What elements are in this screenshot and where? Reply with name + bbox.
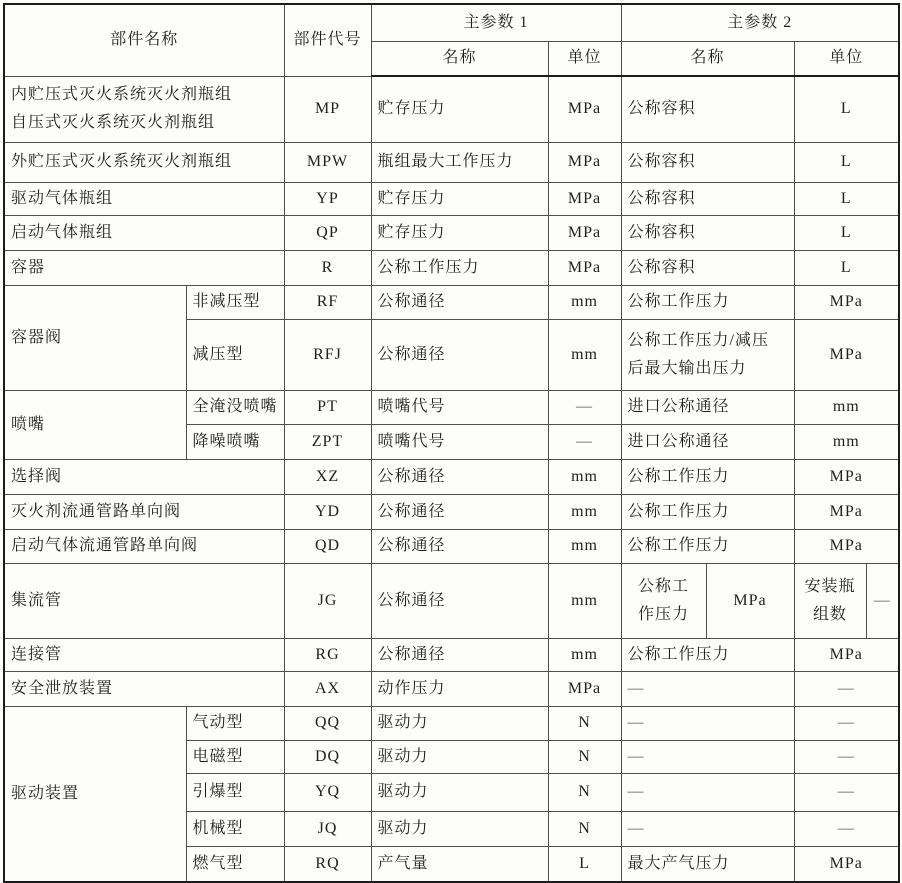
param1-name-cell: 驱动力	[371, 740, 548, 773]
param2-unit-cell: MPa	[794, 494, 899, 529]
param1-unit-cell: N	[548, 773, 621, 811]
param1-name-cell: 喷嘴代号	[371, 424, 548, 459]
table-row-xz: 选择阀 XZ 公称通径 mm 公称工作压力 MPa	[4, 459, 899, 494]
table-row-ax: 安全泄放装置 AX 动作压力 MPa — —	[4, 671, 899, 706]
document-page: 部件名称 部件代号 主参数 1 主参数 2 名称 单位 名称 单位 内贮压式灭火…	[0, 0, 902, 883]
part-subname-cell: 降噪喷嘴	[186, 424, 284, 459]
table-row-pt: 喷嘴 全淹没喷嘴 PT 喷嘴代号 — 进口公称通径 mm	[4, 390, 899, 424]
param2-unit-cell: MPa	[794, 459, 899, 494]
param1-unit-cell: N	[548, 811, 621, 846]
part-code-cell: YQ	[284, 773, 371, 811]
param1-unit-cell: —	[548, 424, 621, 459]
part-name-cell: 外贮压式灭火系统灭火剂瓶组	[4, 142, 284, 182]
param1-unit-cell: mm	[548, 459, 621, 494]
param2-name-cell: 公称容积	[621, 215, 794, 250]
part-name-cell: 启动气体流通管路单向阀	[4, 529, 284, 563]
table-row-r: 容器 R 公称工作压力 MPa 公称容积 L	[4, 250, 899, 285]
param2-unit-cell: L	[794, 182, 899, 215]
part-code-cell: RQ	[284, 846, 371, 882]
param1-unit-cell: —	[548, 390, 621, 424]
part-name-cell: 启动气体瓶组	[4, 215, 284, 250]
param2-name-cell: 公称容积	[621, 142, 794, 182]
table-row-mp: 内贮压式灭火系统灭火剂瓶组 自压式灭火系统灭火剂瓶组 MP 贮存压力 MPa 公…	[4, 76, 899, 142]
param2-name-cell: 公称工作压力/减压 后最大输出压力	[621, 319, 794, 390]
param1-unit-cell: MPa	[548, 250, 621, 285]
param1-name-cell: 驱动力	[371, 773, 548, 811]
part-code-cell: JQ	[284, 811, 371, 846]
param2-unit-cell: —	[794, 811, 899, 846]
param1-name-cell: 贮存压力	[371, 215, 548, 250]
part-code-cell: XZ	[284, 459, 371, 494]
param1-unit-cell: mm	[548, 529, 621, 563]
part-subname-cell: 减压型	[186, 319, 284, 390]
param1-unit-cell: L	[548, 846, 621, 882]
param1-unit-cell: mm	[548, 285, 621, 319]
param1-name-cell: 公称通径	[371, 319, 548, 390]
header-part-code: 部件代号	[284, 4, 371, 76]
param2-name-cell: 进口公称通径	[621, 390, 794, 424]
part-subname-cell: 气动型	[186, 706, 284, 740]
group-label-cell: 驱动装置	[4, 706, 186, 882]
param2-name-cell: 公称容积	[621, 182, 794, 215]
param2-name-cell: 公称容积	[621, 76, 794, 142]
param2-name-cell: —	[621, 811, 794, 846]
part-code-cell: YP	[284, 182, 371, 215]
table-row-mpw: 外贮压式灭火系统灭火剂瓶组 MPW 瓶组最大工作压力 MPa 公称容积 L	[4, 142, 899, 182]
param1-name-cell: 贮存压力	[371, 182, 548, 215]
table-row-yd: 灭火剂流通管路单向阀 YD 公称通径 mm 公称工作压力 MPa	[4, 494, 899, 529]
param1-unit-cell: mm	[548, 494, 621, 529]
param2-name-cell: —	[621, 740, 794, 773]
part-code-cell: JG	[284, 563, 371, 638]
part-code-cell: QD	[284, 529, 371, 563]
part-subname-cell: 非减压型	[186, 285, 284, 319]
header-part-name: 部件名称	[4, 4, 284, 76]
header-param1: 主参数 1	[371, 4, 621, 41]
param2-unit-cell: L	[794, 215, 899, 250]
param1-unit-cell: mm	[548, 319, 621, 390]
param2-unit-cell: MPa	[794, 846, 899, 882]
header-param2-name: 名称	[621, 41, 794, 76]
param1-name-cell: 瓶组最大工作压力	[371, 142, 548, 182]
group-label-cell: 容器阀	[4, 285, 186, 390]
param1-unit-cell: MPa	[548, 215, 621, 250]
param2a-unit-cell: MPa	[706, 563, 794, 638]
param2-unit-cell: MPa	[794, 638, 899, 671]
param2-name-cell: —	[621, 706, 794, 740]
param2-name-cell: 公称工作压力	[621, 285, 794, 319]
part-code-cell: RG	[284, 638, 371, 671]
group-label-cell: 喷嘴	[4, 390, 186, 459]
param2-unit-cell: —	[794, 773, 899, 811]
part-subname-cell: 引爆型	[186, 773, 284, 811]
table-row-jg: 集流管 JG 公称通径 mm 公称工 作压力 MPa 安装瓶 组数 —	[4, 563, 899, 638]
param1-name-cell: 动作压力	[371, 671, 548, 706]
param1-unit-cell: mm	[548, 638, 621, 671]
param2-name-cell: —	[621, 773, 794, 811]
param1-name-cell: 产气量	[371, 846, 548, 882]
param1-unit-cell: N	[548, 706, 621, 740]
table-row-qq: 驱动装置 气动型 QQ 驱动力 N — —	[4, 706, 899, 740]
table-row-qp: 启动气体瓶组 QP 贮存压力 MPa 公称容积 L	[4, 215, 899, 250]
param1-name-cell: 公称通径	[371, 285, 548, 319]
param2-unit-cell: L	[794, 250, 899, 285]
param1-name-cell: 公称工作压力	[371, 250, 548, 285]
param2-unit-cell: —	[794, 706, 899, 740]
part-name-cell: 容器	[4, 250, 284, 285]
part-subname-cell: 燃气型	[186, 846, 284, 882]
part-name-cell: 连接管	[4, 638, 284, 671]
part-code-cell: MPW	[284, 142, 371, 182]
param2-name-cell: 公称工作压力	[621, 494, 794, 529]
param1-unit-cell: N	[548, 740, 621, 773]
part-code-cell: QQ	[284, 706, 371, 740]
param2-unit-cell: mm	[794, 390, 899, 424]
param2-name-cell: 进口公称通径	[621, 424, 794, 459]
part-code-cell: YD	[284, 494, 371, 529]
part-code-cell: PT	[284, 390, 371, 424]
param2a-name-cell: 公称工 作压力	[621, 563, 706, 638]
param2-unit-cell: L	[794, 76, 899, 142]
table-row-rf: 容器阀 非减压型 RF 公称通径 mm 公称工作压力 MPa	[4, 285, 899, 319]
param2-name-cell: 公称容积	[621, 250, 794, 285]
param2-unit-cell: L	[794, 142, 899, 182]
param1-unit-cell: mm	[548, 563, 621, 638]
param1-name-cell: 公称通径	[371, 638, 548, 671]
param2b-name-cell: 安装瓶 组数	[794, 563, 866, 638]
param1-name-cell: 喷嘴代号	[371, 390, 548, 424]
part-subname-cell: 电磁型	[186, 740, 284, 773]
part-subname-cell: 机械型	[186, 811, 284, 846]
part-code-cell: R	[284, 250, 371, 285]
part-name-cell: 内贮压式灭火系统灭火剂瓶组 自压式灭火系统灭火剂瓶组	[4, 76, 284, 142]
param2-unit-cell: MPa	[794, 319, 899, 390]
header-param1-name: 名称	[371, 41, 548, 76]
param2-unit-cell: MPa	[794, 529, 899, 563]
header-param1-unit: 单位	[548, 41, 621, 76]
part-name-cell: 驱动气体瓶组	[4, 182, 284, 215]
part-code-cell: RF	[284, 285, 371, 319]
param2-name-cell: —	[621, 671, 794, 706]
param1-unit-cell: MPa	[548, 182, 621, 215]
part-name-cell: 安全泄放装置	[4, 671, 284, 706]
part-name-cell: 灭火剂流通管路单向阀	[4, 494, 284, 529]
part-name-cell: 集流管	[4, 563, 284, 638]
table-row-qd: 启动气体流通管路单向阀 QD 公称通径 mm 公称工作压力 MPa	[4, 529, 899, 563]
param2-unit-cell: mm	[794, 424, 899, 459]
part-code-cell: ZPT	[284, 424, 371, 459]
part-code-cell: RFJ	[284, 319, 371, 390]
param2b-unit-cell: —	[866, 563, 899, 638]
header-row-1: 部件名称 部件代号 主参数 1 主参数 2	[4, 4, 899, 41]
param1-name-cell: 贮存压力	[371, 76, 548, 142]
param1-name-cell: 公称通径	[371, 494, 548, 529]
param1-name-cell: 公称通径	[371, 459, 548, 494]
part-code-cell: QP	[284, 215, 371, 250]
param2-unit-cell: —	[794, 671, 899, 706]
part-code-cell: AX	[284, 671, 371, 706]
table-row-yp: 驱动气体瓶组 YP 贮存压力 MPa 公称容积 L	[4, 182, 899, 215]
part-code-cell: MP	[284, 76, 371, 142]
param2-name-cell: 公称工作压力	[621, 638, 794, 671]
header-param2-unit: 单位	[794, 41, 899, 76]
component-parameter-table: 部件名称 部件代号 主参数 1 主参数 2 名称 单位 名称 单位 内贮压式灭火…	[3, 3, 900, 883]
part-name-cell: 选择阀	[4, 459, 284, 494]
param1-name-cell: 驱动力	[371, 706, 548, 740]
part-subname-cell: 全淹没喷嘴	[186, 390, 284, 424]
param1-name-cell: 公称通径	[371, 529, 548, 563]
param2-name-cell: 最大产气压力	[621, 846, 794, 882]
param2-unit-cell: —	[794, 740, 899, 773]
param1-unit-cell: MPa	[548, 142, 621, 182]
table-row-rg: 连接管 RG 公称通径 mm 公称工作压力 MPa	[4, 638, 899, 671]
part-code-cell: DQ	[284, 740, 371, 773]
header-param2: 主参数 2	[621, 4, 899, 41]
param1-unit-cell: MPa	[548, 671, 621, 706]
param1-name-cell: 公称通径	[371, 563, 548, 638]
param2-unit-cell: MPa	[794, 285, 899, 319]
param1-unit-cell: MPa	[548, 76, 621, 142]
param2-name-cell: 公称工作压力	[621, 529, 794, 563]
param2-name-cell: 公称工作压力	[621, 459, 794, 494]
param1-name-cell: 驱动力	[371, 811, 548, 846]
